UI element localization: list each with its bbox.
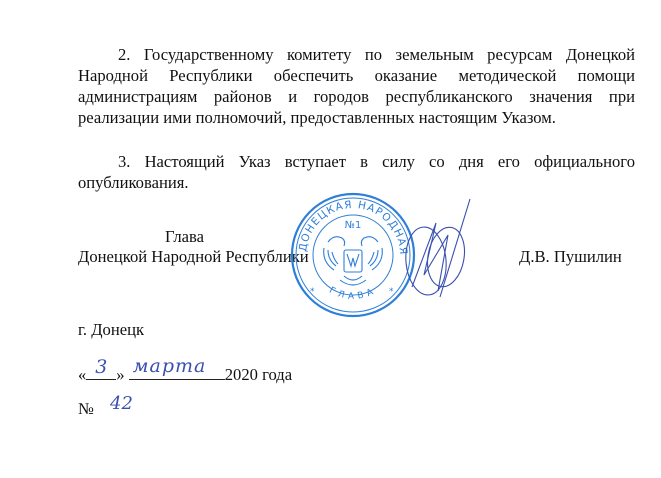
paragraph-number: 2. <box>118 45 130 64</box>
paragraph-number: 3. <box>118 152 130 171</box>
day-blank: 3 <box>86 363 116 380</box>
paragraph-line: реализации ими полномочий, предоставленн… <box>78 107 635 128</box>
stamp-bottom-text: ГЛАВА <box>327 286 378 302</box>
paragraph-text: Государственному комитету по земельным р… <box>144 45 635 64</box>
handwritten-month: марта <box>133 355 207 377</box>
decree-number-line: № 42 <box>78 399 94 419</box>
quote-open: « <box>78 365 86 384</box>
svg-text:*: * <box>310 287 315 297</box>
paragraph-text: Настоящий Указ вступает в силу со дня ег… <box>145 152 635 171</box>
place-of-signing: г. Донецк <box>78 320 144 340</box>
paragraph-3: 3. Настоящий Указ вступает в силу со дня… <box>78 151 635 193</box>
year-text: 2020 года <box>225 365 292 384</box>
svg-text:ГЛАВА: ГЛАВА <box>327 286 378 302</box>
date-line: «3» марта2020 года <box>78 363 292 385</box>
handwritten-day: 3 <box>95 356 107 378</box>
paragraph-2: 2. Государственному комитету по земельны… <box>78 44 635 128</box>
number-label: № <box>78 399 94 418</box>
eagle-emblem-icon <box>324 237 383 285</box>
signatory-name: Д.В. Пушилин <box>519 246 622 267</box>
stamp-number: №1 <box>345 220 362 231</box>
signatory-title: Глава <box>165 226 204 247</box>
paragraph-line: Народной Республики обеспечить оказание … <box>78 65 635 86</box>
paragraph-line: администрациям районов и городов республ… <box>78 86 635 107</box>
paragraph-line: 3. Настоящий Указ вступает в силу со дня… <box>78 151 635 172</box>
month-blank: марта <box>129 363 225 380</box>
paragraph-line: 2. Государственному комитету по земельны… <box>78 44 635 65</box>
document-page: 2. Государственному комитету по земельны… <box>0 0 661 478</box>
handwritten-number: 42 <box>110 393 133 414</box>
handwritten-signature-icon <box>388 195 488 305</box>
quote-close: » <box>116 365 124 384</box>
signatory-office: Донецкой Народной Республики <box>78 246 309 267</box>
